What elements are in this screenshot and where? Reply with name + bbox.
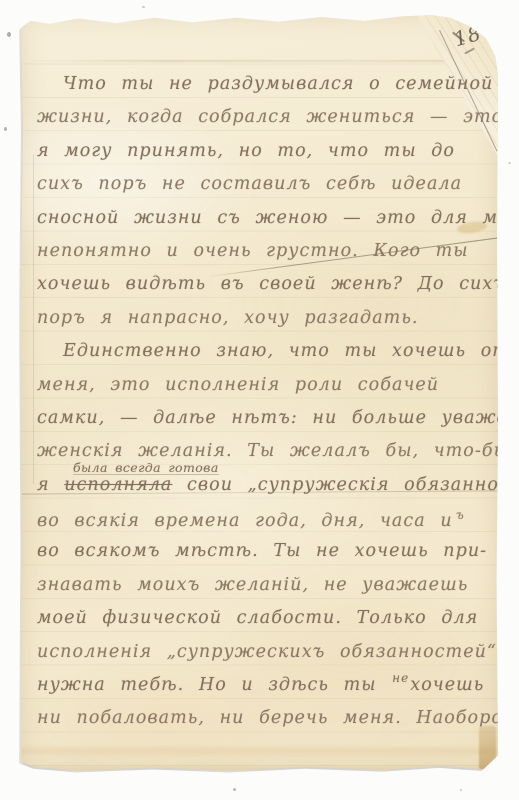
scan-speck — [460, 789, 462, 791]
inserted-word-above: не — [392, 671, 409, 685]
handwritten-line: Единственно знаю, что ты хочешь отъ — [37, 341, 489, 374]
handwritten-line: поръ я напрасно, хочу разгадать. — [37, 308, 489, 341]
handwritten-line: сносной жизни съ женою — это для меня — [37, 208, 489, 241]
line-text: хочешь — [410, 675, 484, 695]
superscript-mark: ъ — [456, 508, 465, 522]
handwritten-line: самки, — далѣе нѣтъ: ни больше уваженія — [37, 408, 489, 441]
handwritten-line: Что ты не раздумывался о семейной — [37, 74, 489, 107]
handwritten-line: жизни, когда собрался жениться — это — [37, 107, 489, 140]
scan-speck — [4, 127, 7, 131]
handwritten-line: ни побаловать, ни беречь меня. Наоборотъ… — [37, 708, 489, 741]
handwritten-line: знавать моихъ желаній, не уважаешь — [37, 575, 489, 608]
struck-out-word: исполняла — [64, 475, 172, 495]
correction-suffix: свои „супружескія обязанности — [172, 475, 519, 495]
page-number: 18 — [451, 21, 484, 52]
scanned-letter-page: { "page": { "number": "18" }, "colors": … — [0, 0, 519, 800]
line-text: нужна тебѣ. Но и здѣсь ты — [37, 675, 391, 695]
handwritten-line: сихъ поръ не составилъ себѣ идеала — [37, 174, 489, 207]
handwritten-text-block: Что ты не раздумывался о семейной жизни,… — [37, 74, 489, 742]
handwritten-line: хочешь видѣть въ своей женѣ? До сихъ — [37, 274, 489, 307]
handwritten-line: во всякія времена года, дня, часа иъ — [37, 508, 489, 541]
crease-line — [33, 154, 34, 484]
line-text: во всякія времена года, дня, часа и — [37, 511, 453, 531]
handwritten-line: исполненія „супружескихъ обязанностей“ я — [37, 642, 489, 675]
crease-line — [21, 60, 498, 62]
scan-speck — [142, 6, 145, 8]
handwritten-line-with-correction: я исполнялабыла всегда готова свои „супр… — [37, 475, 489, 508]
correction-prefix: я — [37, 475, 64, 495]
handwritten-line: во всякомъ мѣстѣ. Ты не хочешь при- — [37, 541, 489, 574]
handwritten-line: меня, это исполненія роли собачей — [37, 375, 489, 408]
crease-line — [21, 745, 498, 757]
handwritten-line: я могу принять, но то, что ты до — [37, 141, 489, 174]
inserted-text-above-line: была всегда готова — [73, 462, 219, 476]
handwritten-line-with-insertion: нужна тебѣ. Но и здѣсь ты нехочешь — [37, 675, 489, 708]
scan-speck — [7, 32, 11, 37]
handwritten-line: непонятно и очень грустно. Кого ты — [37, 241, 489, 274]
scan-speck — [233, 788, 236, 791]
handwritten-line: моей физической слабости. Только для — [37, 608, 489, 641]
scan-speck — [508, 162, 511, 164]
letter-sheet: 18 Что ты не раздумывался о семейной жиз… — [21, 14, 498, 772]
